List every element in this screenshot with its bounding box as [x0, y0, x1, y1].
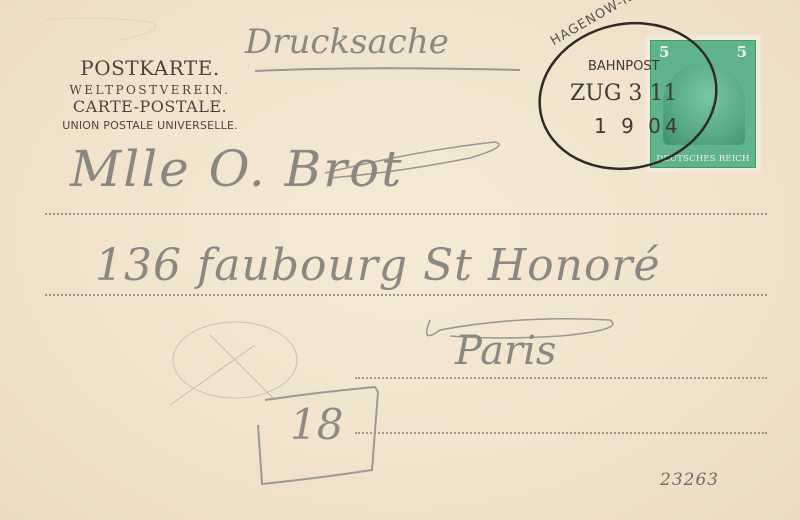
postmark-line-2: ZUG 3 11	[570, 81, 677, 106]
postmark-line-1: BAHNPOST	[588, 59, 660, 74]
postcard: POSTKARTE. WELTPOSTVEREIN. CARTE-POSTALE…	[0, 0, 800, 520]
postmark-line-3: 1 9 04	[594, 114, 682, 138]
postmark-ring-icon	[0, 0, 800, 520]
